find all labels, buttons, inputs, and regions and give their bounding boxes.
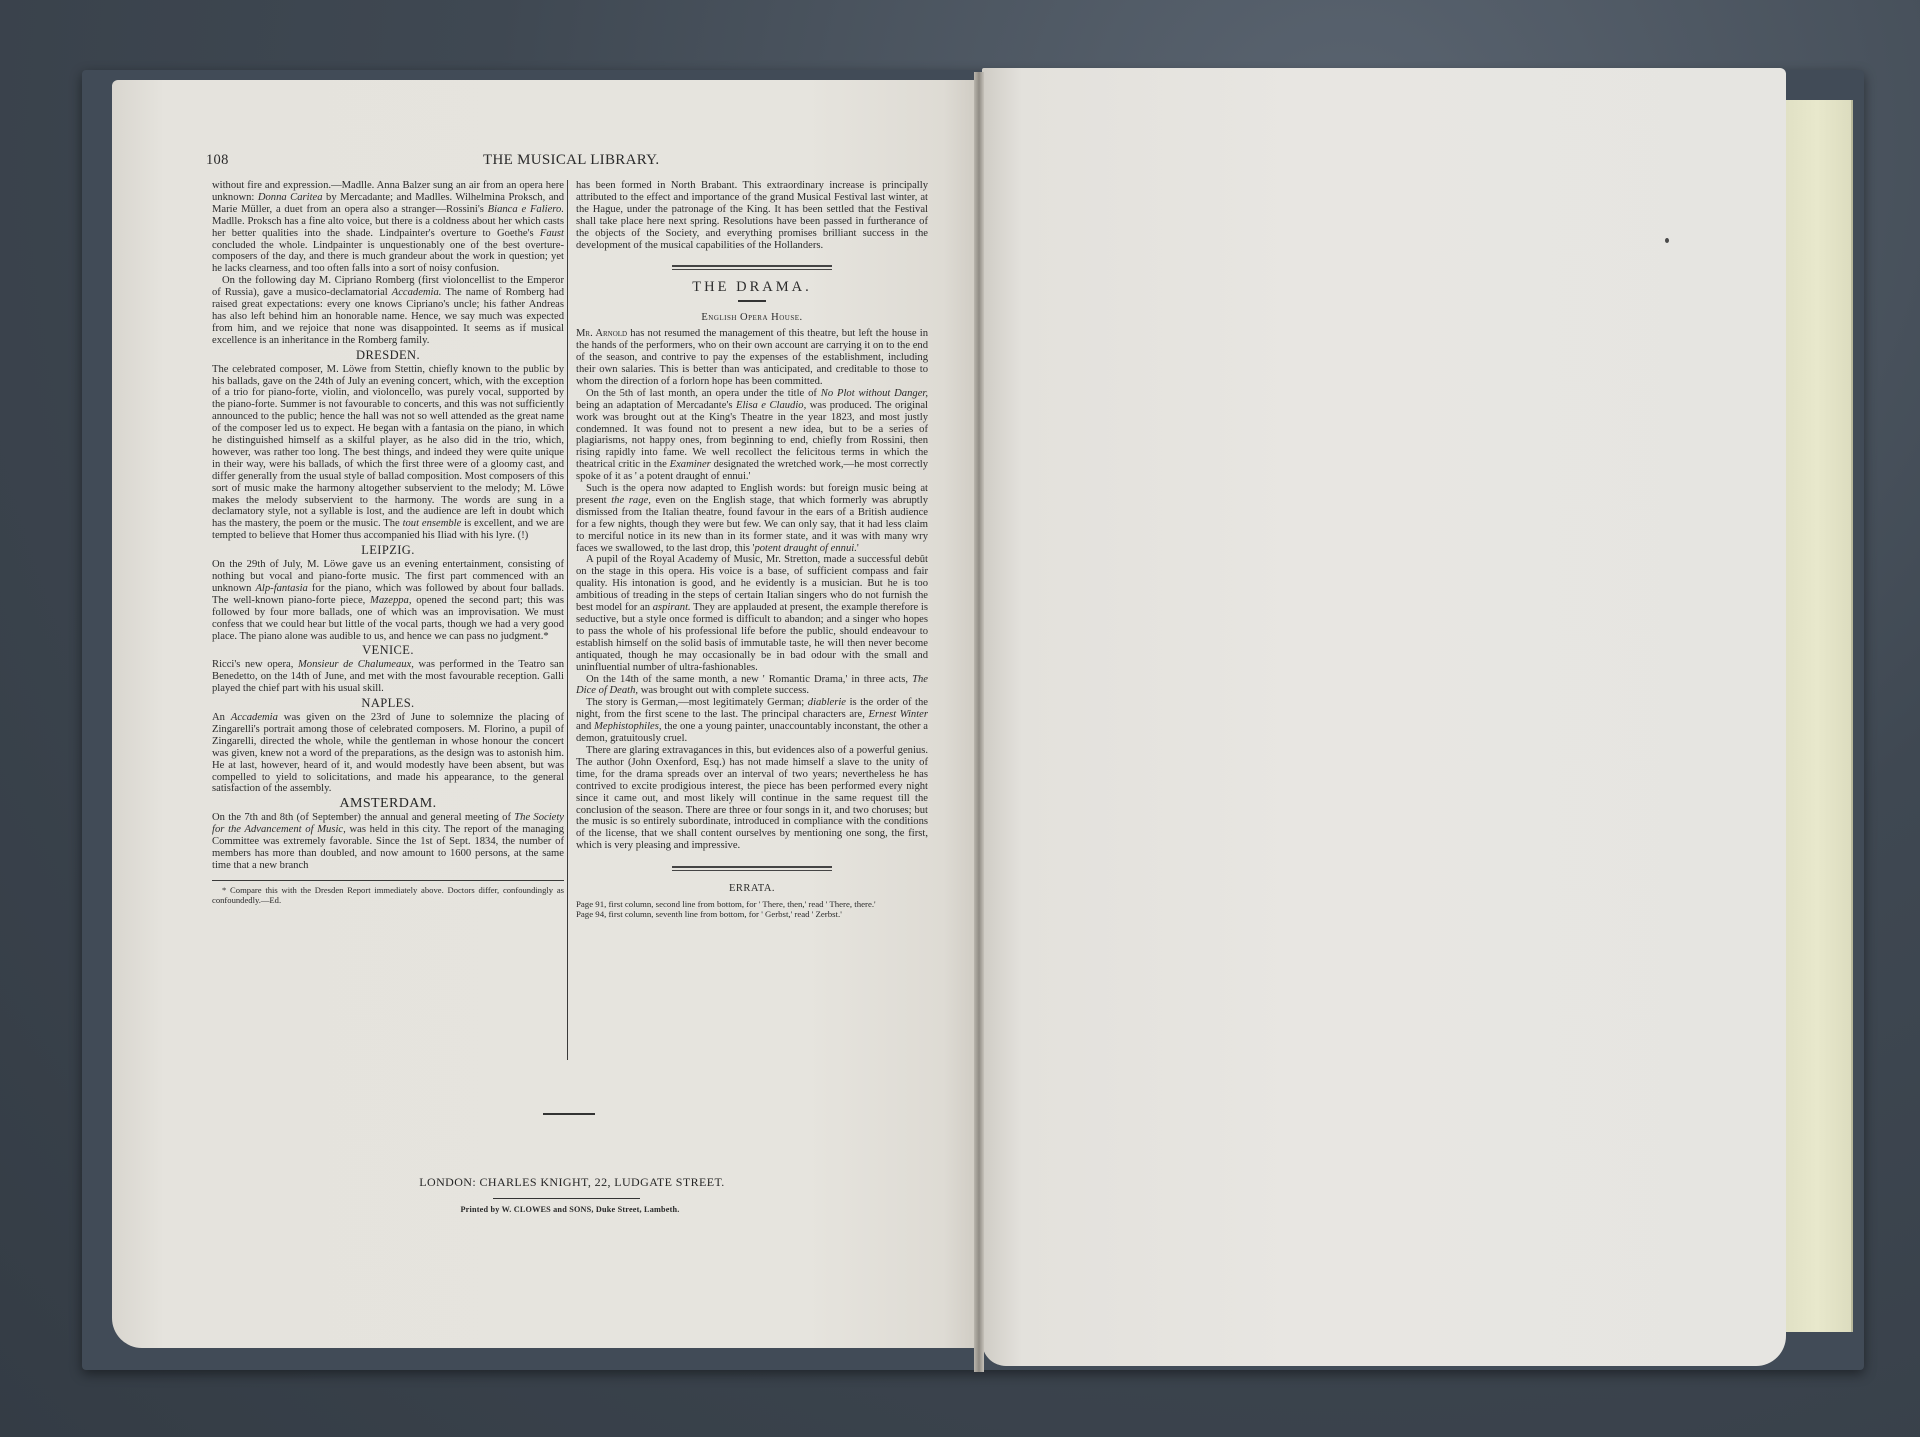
paragraph: On the 14th of the same month, a new ' R…: [576, 674, 928, 698]
running-title: THE MUSICAL LIBRARY.: [483, 152, 659, 169]
book-gutter: [974, 72, 984, 1372]
column-divider: [567, 180, 568, 1060]
subheading-english-opera-house: English Opera House.: [576, 312, 928, 324]
paragraph: The celebrated composer, M. Löwe from St…: [212, 364, 564, 543]
section-double-rule: [672, 265, 832, 270]
section-heading-naples: NAPLES.: [212, 698, 564, 710]
errata-heading: ERRATA.: [576, 883, 928, 895]
errata-double-rule: [672, 866, 832, 871]
paragraph: On the 29th of July, M. Löwe gave us an …: [212, 559, 564, 642]
section-heading-dresden: DRESDEN.: [212, 350, 564, 362]
paragraph: has been formed in North Brabant. This e…: [576, 180, 928, 251]
end-rule: [543, 1113, 595, 1115]
paper-speck: [1665, 238, 1669, 243]
footnote: * Compare this with the Dresden Report i…: [212, 885, 564, 905]
drama-section-title: THE DRAMA.: [576, 282, 928, 294]
paragraph: Such is the opera now adapted to English…: [576, 483, 928, 554]
right-page-blank: [982, 68, 1786, 1366]
publisher-imprint: LONDON: CHARLES KNIGHT, 22, LUDGATE STRE…: [412, 1175, 732, 1190]
paragraph: An Accademia was given on the 23rd of Ju…: [212, 712, 564, 795]
imprint-rule: [493, 1198, 640, 1199]
paragraph: without fire and expression.—Madlle. Ann…: [212, 180, 564, 275]
paragraph: On the 7th and 8th (of September) the an…: [212, 812, 564, 872]
left-column: without fire and expression.—Madlle. Ann…: [212, 180, 564, 905]
section-heading-leipzig: LEIPZIG.: [212, 545, 564, 557]
paragraph: On the following day M. Cipriano Romberg…: [212, 275, 564, 346]
endpaper-strip: [1783, 100, 1853, 1332]
paragraph: Ricci's new opera, Monsieur de Chalumeau…: [212, 659, 564, 695]
printer-line: Printed by W. CLOWES and SONS, Duke Stre…: [420, 1205, 720, 1214]
page-number: 108: [206, 152, 229, 169]
paragraph: The story is German,—most legitimately G…: [576, 697, 928, 745]
paragraph: A pupil of the Royal Academy of Music, M…: [576, 554, 928, 673]
errata-list: Page 91, first column, second line from …: [576, 899, 928, 919]
running-head: 108 THE MUSICAL LIBRARY.: [206, 152, 936, 172]
section-heading-amsterdam: AMSTERDAM.: [212, 798, 564, 810]
errata-item: Page 94, first column, seventh line from…: [576, 909, 928, 919]
paragraph: Mr. Arnold has not resumed the managemen…: [576, 328, 928, 388]
paragraph: On the 5th of last month, an opera under…: [576, 388, 928, 483]
footnote-rule: [212, 880, 564, 881]
section-heading-venice: VENICE.: [212, 645, 564, 657]
right-column: has been formed in North Brabant. This e…: [576, 180, 928, 919]
errata-item: Page 91, first column, second line from …: [576, 899, 928, 909]
paragraph: There are glaring extravagances in this,…: [576, 745, 928, 852]
short-rule: [738, 300, 766, 302]
